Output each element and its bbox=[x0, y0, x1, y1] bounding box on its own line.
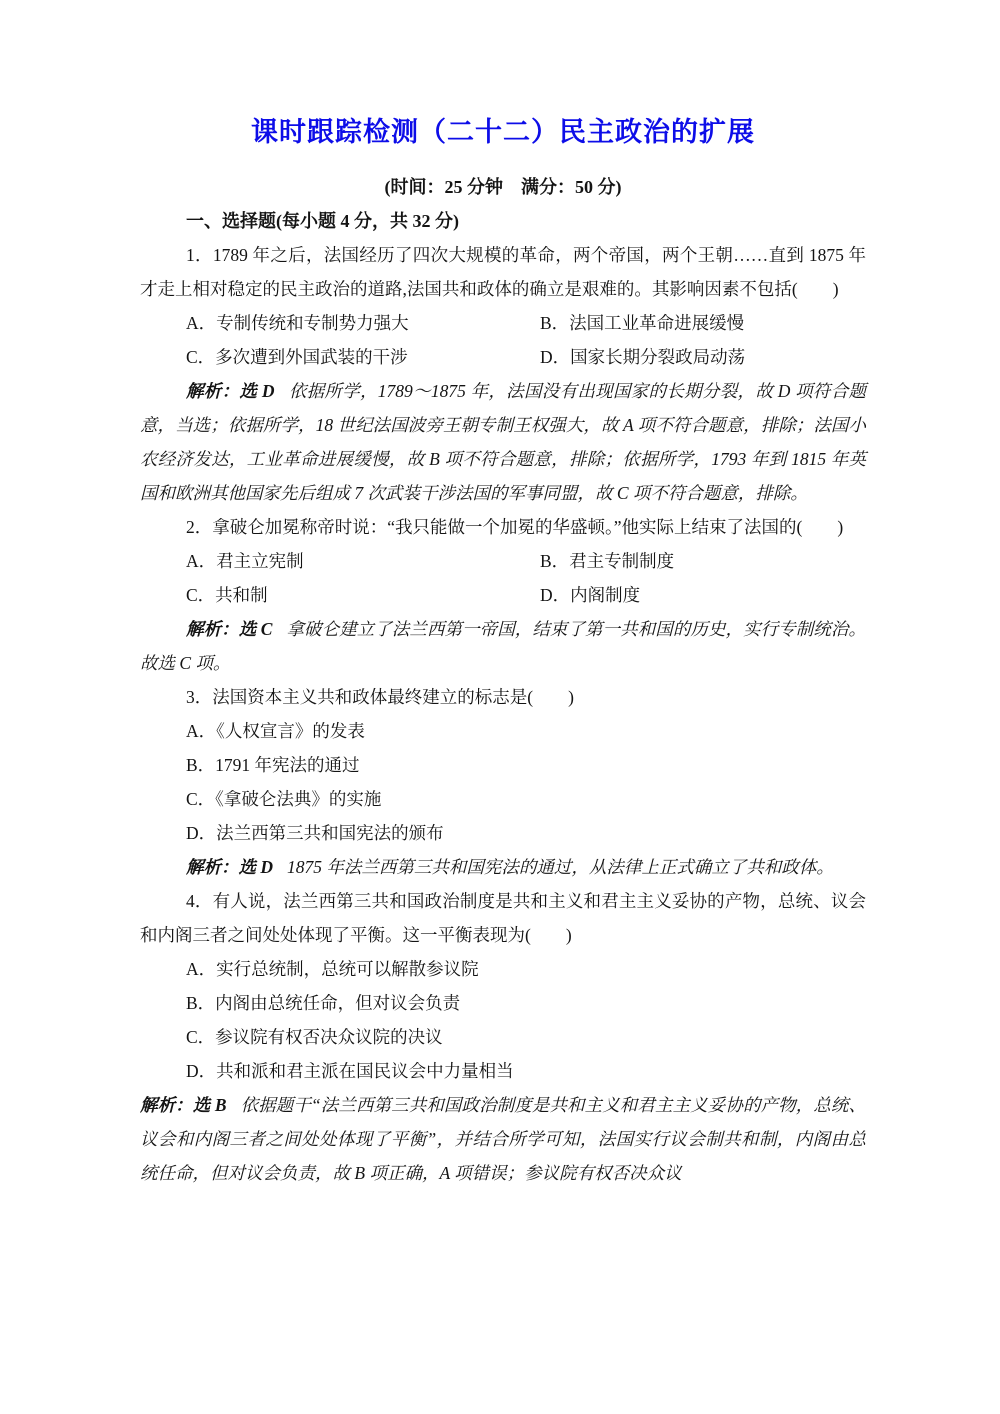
question-2-analysis: 解析：选 C拿破仑建立了法兰西第一帝国，结束了第一共和国的历史，实行专制统治。故… bbox=[140, 612, 866, 680]
question-1-analysis: 解析：选 D依据所学，1789～1875 年，法国没有出现国家的长期分裂，故 D… bbox=[140, 374, 866, 510]
question-3: 3．法国资本主义共和政体最终建立的标志是( ) A．《人权宣言》的发表 B．17… bbox=[140, 680, 866, 884]
page-title: 课时跟踪检测（二十二）民主政治的扩展 bbox=[140, 112, 866, 152]
analysis-text: 依据题干“法兰西第三共和国政治制度是共和主义和君主主义妥协的产物，总统、议会和内… bbox=[140, 1095, 866, 1183]
question-3-option-d: D．法兰西第三共和国宪法的颁布 bbox=[140, 816, 866, 850]
question-1: 1．1789 年之后，法国经历了四次大规模的革命，两个帝国，两个王朝……直到 1… bbox=[140, 238, 866, 510]
question-1-options-row-2: C．多次遭到外国武装的干涉D．国家长期分裂政局动荡 bbox=[140, 340, 866, 374]
question-2-option-a: A．君主立宪制 bbox=[186, 544, 540, 578]
question-4: 4．有人说，法兰西第三共和国政治制度是共和主义和君主主义妥协的产物，总统、议会和… bbox=[140, 884, 866, 1190]
analysis-label: 解析：选 D bbox=[186, 857, 273, 877]
question-2: 2．拿破仑加冕称帝时说：“我只能做一个加冕的华盛顿。”他实际上结束了法国的( )… bbox=[140, 510, 866, 680]
question-1-option-d: D．国家长期分裂政局动荡 bbox=[540, 347, 745, 367]
analysis-label: 解析：选 B bbox=[140, 1095, 227, 1115]
question-2-option-c: C．共和制 bbox=[186, 578, 540, 612]
document-page: 课时跟踪检测（二十二）民主政治的扩展 (时间：25 分钟 满分：50 分) 一、… bbox=[0, 0, 1000, 1414]
question-1-options-row-1: A．专制传统和专制势力强大B．法国工业革命进展缓慢 bbox=[140, 306, 866, 340]
question-4-analysis: 解析：选 B依据题干“法兰西第三共和国政治制度是共和主义和君主主义妥协的产物，总… bbox=[140, 1088, 866, 1190]
question-1-stem: 1．1789 年之后，法国经历了四次大规模的革命，两个帝国，两个王朝……直到 1… bbox=[140, 238, 866, 306]
question-3-option-c: C．《拿破仑法典》的实施 bbox=[140, 782, 866, 816]
question-4-option-d: D．共和派和君主派在国民议会中力量相当 bbox=[140, 1054, 866, 1088]
question-3-stem: 3．法国资本主义共和政体最终建立的标志是( ) bbox=[140, 680, 866, 714]
question-2-option-d: D．内阁制度 bbox=[540, 585, 640, 605]
analysis-label: 解析：选 C bbox=[186, 619, 272, 639]
question-4-option-c: C．参议院有权否决众议院的决议 bbox=[140, 1020, 866, 1054]
question-2-stem: 2．拿破仑加冕称帝时说：“我只能做一个加冕的华盛顿。”他实际上结束了法国的( ) bbox=[140, 510, 866, 544]
question-2-options-row-2: C．共和制D．内阁制度 bbox=[140, 578, 866, 612]
question-1-option-b: B．法国工业革命进展缓慢 bbox=[540, 313, 744, 333]
question-1-option-a: A．专制传统和专制势力强大 bbox=[186, 306, 540, 340]
analysis-text: 1875 年法兰西第三共和国宪法的通过，从法律上正式确立了共和政体。 bbox=[287, 857, 834, 877]
question-4-stem: 4．有人说，法兰西第三共和国政治制度是共和主义和君主主义妥协的产物，总统、议会和… bbox=[140, 884, 866, 952]
question-2-options-row-1: A．君主立宪制B．君主专制制度 bbox=[140, 544, 866, 578]
question-3-analysis: 解析：选 D1875 年法兰西第三共和国宪法的通过，从法律上正式确立了共和政体。 bbox=[140, 850, 866, 884]
question-3-option-a: A．《人权宣言》的发表 bbox=[140, 714, 866, 748]
document-content: 课时跟踪检测（二十二）民主政治的扩展 (时间：25 分钟 满分：50 分) 一、… bbox=[0, 0, 1000, 1190]
analysis-label: 解析：选 D bbox=[186, 381, 275, 401]
section-heading: 一、选择题(每小题 4 分，共 32 分) bbox=[140, 204, 866, 238]
time-score-line: (时间：25 分钟 满分：50 分) bbox=[140, 170, 866, 204]
question-4-option-b: B．内阁由总统任命，但对议会负责 bbox=[140, 986, 866, 1020]
question-3-option-b: B．1791 年宪法的通过 bbox=[140, 748, 866, 782]
question-2-option-b: B．君主专制制度 bbox=[540, 551, 674, 571]
question-1-option-c: C．多次遭到外国武装的干涉 bbox=[186, 340, 540, 374]
question-4-option-a: A．实行总统制，总统可以解散参议院 bbox=[140, 952, 866, 986]
